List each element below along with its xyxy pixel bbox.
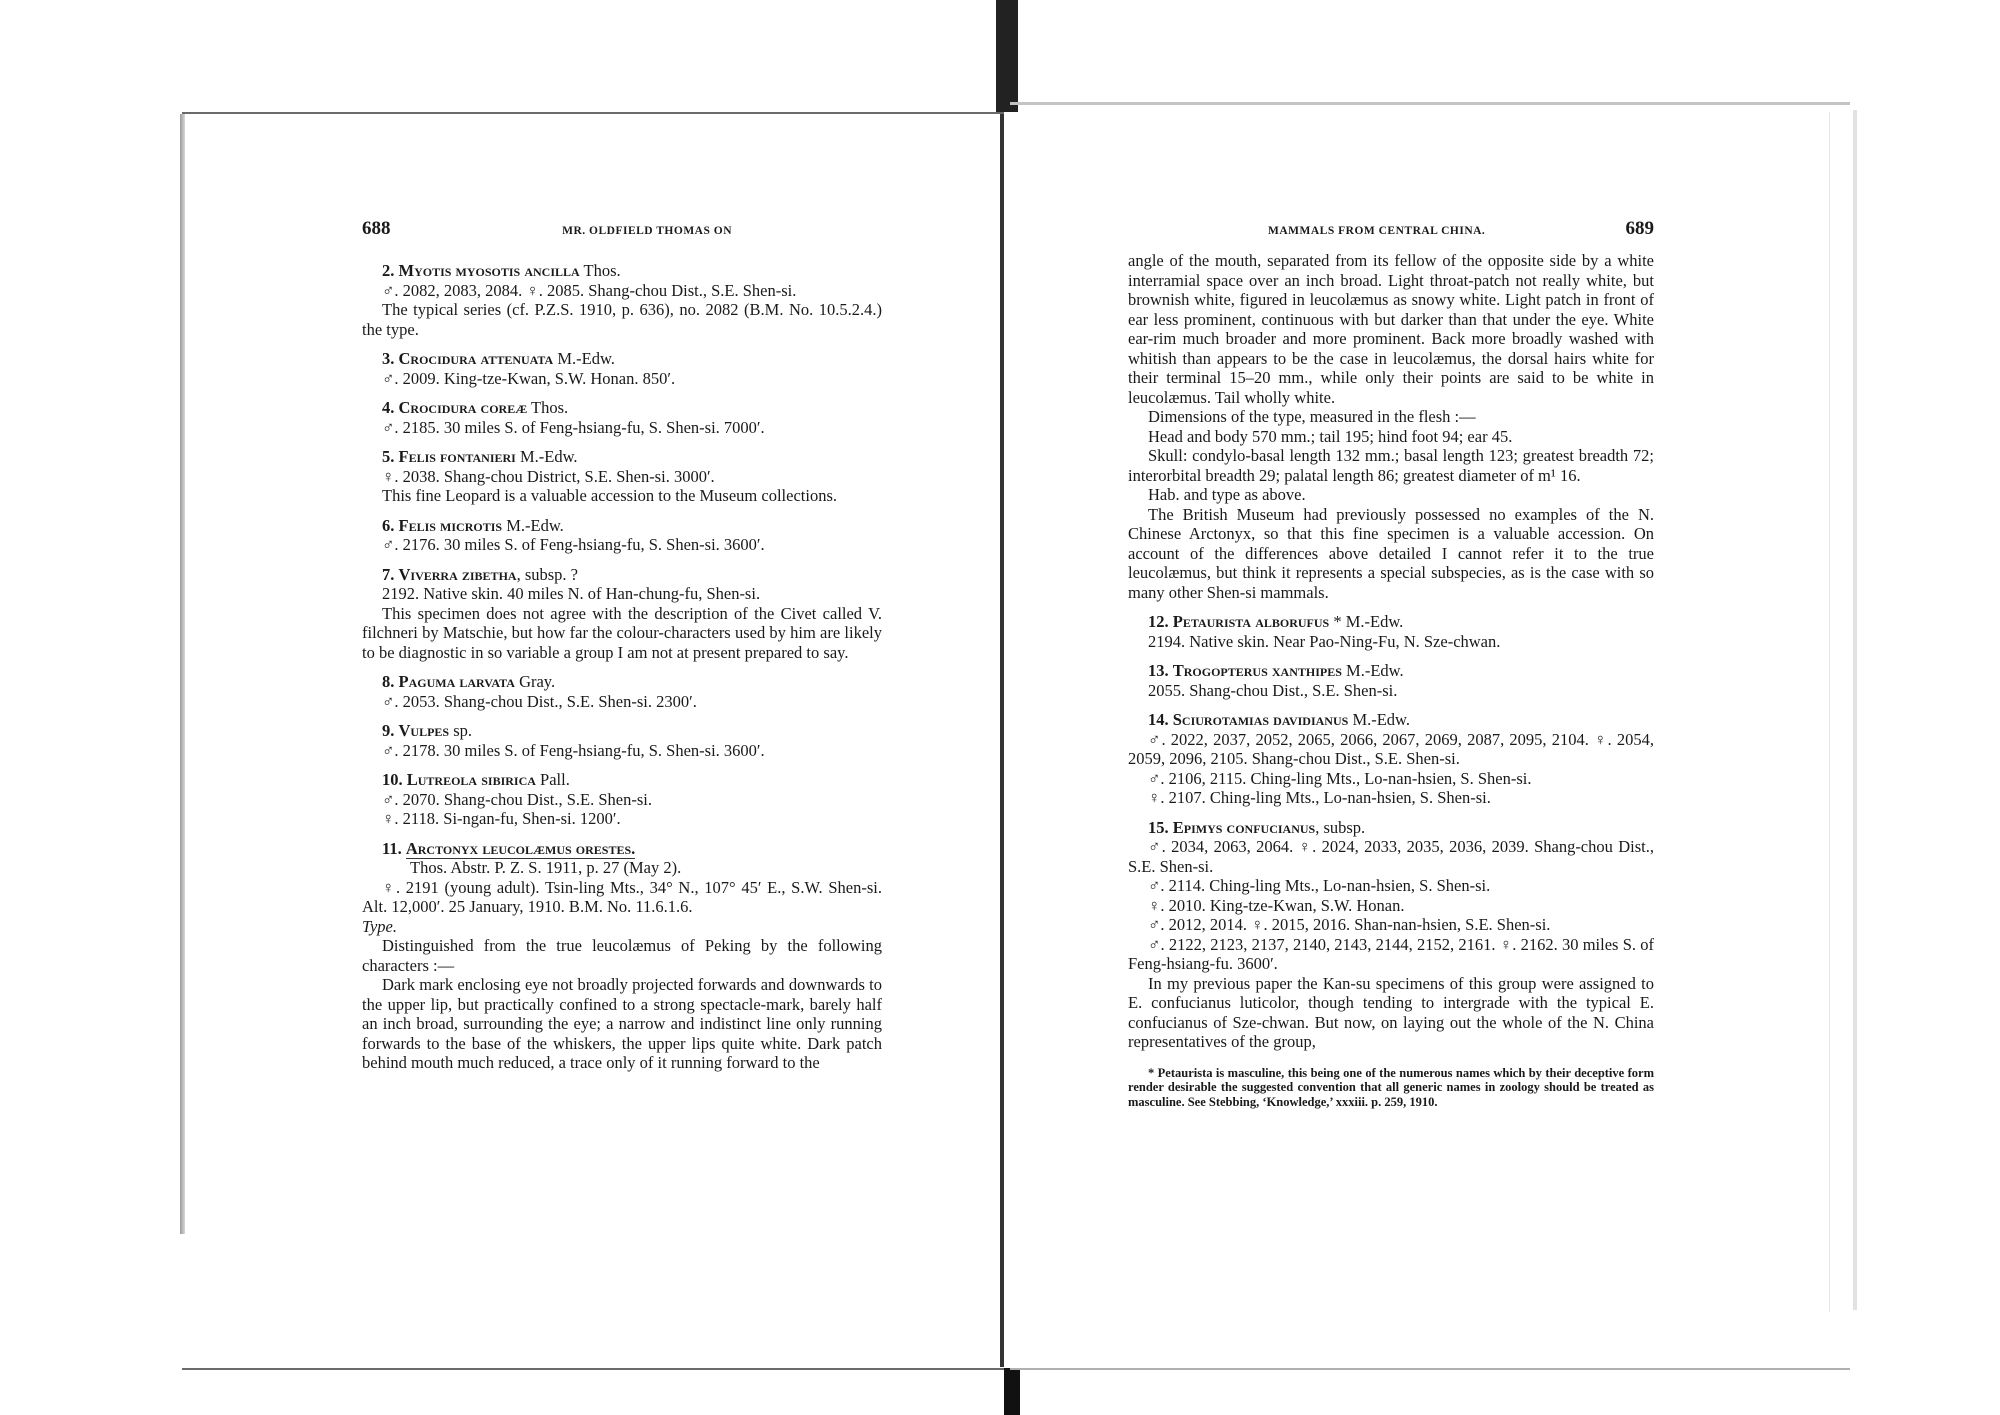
- citation: Thos. Abstr. P. Z. S. 1911, p. 27 (May 2…: [362, 858, 882, 878]
- species-number: 2.: [382, 261, 399, 280]
- species-heading: 15. Epimys confucianus, subsp.: [1128, 818, 1654, 838]
- paragraph: Head and body 570 mm.; tail 195; hind fo…: [1128, 427, 1654, 447]
- species-authority: * M.-Edw.: [1329, 612, 1403, 631]
- footnote: * Petaurista is masculine, this being on…: [1128, 1066, 1654, 1110]
- paragraph: Hab. and type as above.: [1128, 485, 1654, 505]
- species-heading: 11. Arctonyx leucolæmus orestes.: [362, 839, 882, 859]
- species-name: Crocidura attenuata: [399, 349, 554, 368]
- species-number: 3.: [382, 349, 399, 368]
- specimen-record: ♂. 2106, 2115. Ching-ling Mts., Lo-nan-h…: [1128, 769, 1654, 789]
- page-number: 689: [1626, 219, 1655, 239]
- book-gutter: [1000, 112, 1004, 1367]
- type-label: Type.: [362, 917, 882, 937]
- page-body: angle of the mouth, separated from its f…: [1128, 251, 1654, 1052]
- book-spine-shadow-bottom: [1004, 1368, 1020, 1415]
- page-edge: [182, 112, 1004, 114]
- specimen-record: ♀. 2118. Si-ngan-fu, Shen-si. 1200′.: [362, 809, 882, 829]
- species-heading: 2. Myotis myosotis ancilla Thos.: [362, 261, 882, 281]
- species-name: Myotis myosotis ancilla: [399, 261, 580, 280]
- species-name: Felis microtis: [399, 516, 503, 535]
- species-name: Crocidura coreæ: [399, 398, 528, 417]
- species-name: Paguma larvata: [399, 672, 515, 691]
- specimen-record: ♂. 2082, 2083, 2084. ♀. 2085. Shang-chou…: [362, 281, 882, 301]
- specimen-record: ♂. 2012, 2014. ♀. 2015, 2016. Shan-nan-h…: [1128, 915, 1654, 935]
- running-head: MAMMALS FROM CENTRAL CHINA. 689: [1128, 219, 1654, 251]
- species-authority: Pall.: [536, 770, 570, 789]
- left-page: 688 MR. OLDFIELD THOMAS ON 2. Myotis myo…: [362, 219, 882, 1073]
- species-number: 13.: [1148, 661, 1173, 680]
- species-heading: 4. Crocidura coreæ Thos.: [362, 398, 882, 418]
- paragraph: Distinguished from the true leucolæmus o…: [362, 936, 882, 975]
- page-edge: [182, 1368, 1004, 1370]
- species-number: 15.: [1148, 818, 1173, 837]
- paragraph: The British Museum had previously posses…: [1128, 505, 1654, 603]
- specimen-record: ♂. 2114. Ching-ling Mts., Lo-nan-hsien, …: [1128, 876, 1654, 896]
- species-number: 7.: [382, 565, 399, 584]
- species-name: Lutreola sibirica: [407, 770, 536, 789]
- species-authority: M.-Edw.: [1342, 661, 1404, 680]
- species-number: 14.: [1148, 710, 1173, 729]
- page-edge: [1010, 1368, 1850, 1370]
- specimen-record: ♀. 2010. King-tze-Kwan, S.W. Honan.: [1128, 896, 1654, 916]
- species-number: 12.: [1148, 612, 1173, 631]
- page-number: 688: [362, 219, 391, 239]
- species-number: 11.: [382, 839, 406, 858]
- species-number: 6.: [382, 516, 399, 535]
- specimen-record: ♂. 2009. King-tze-Kwan, S.W. Honan. 850′…: [362, 369, 882, 389]
- paragraph: Dark mark enclosing eye not broadly proj…: [362, 975, 882, 1073]
- species-name: Trogopterus xanthipes: [1173, 661, 1342, 680]
- footnote-text: * Petaurista is masculine, this being on…: [1128, 1066, 1654, 1110]
- page-edge: [180, 114, 185, 1234]
- specimen-record: ♂. 2178. 30 miles S. of Feng-hsiang-fu, …: [362, 741, 882, 761]
- running-head-title: MAMMALS FROM CENTRAL CHINA.: [1268, 222, 1485, 242]
- specimen-record: ♀. 2191 (young adult). Tsin-ling Mts., 3…: [362, 878, 882, 917]
- species-name: Viverra zibetha: [399, 565, 517, 584]
- paragraph: Skull: condylo-basal length 132 mm.; bas…: [1128, 446, 1654, 485]
- right-page: MAMMALS FROM CENTRAL CHINA. 689 angle of…: [1128, 219, 1654, 1109]
- specimen-record: 2192. Native skin. 40 miles N. of Han-ch…: [362, 584, 882, 604]
- species-heading: 13. Trogopterus xanthipes M.-Edw.: [1128, 661, 1654, 681]
- species-authority: M.-Edw.: [1348, 710, 1410, 729]
- species-heading: 14. Sciurotamias davidianus M.-Edw.: [1128, 710, 1654, 730]
- species-number: 10.: [382, 770, 407, 789]
- paragraph: angle of the mouth, separated from its f…: [1128, 251, 1654, 407]
- species-authority: Thos.: [527, 398, 568, 417]
- species-heading: 10. Lutreola sibirica Pall.: [362, 770, 882, 790]
- specimen-record: 2194. Native skin. Near Pao-Ning-Fu, N. …: [1128, 632, 1654, 652]
- species-number: 4.: [382, 398, 399, 417]
- species-name: Petaurista alborufus: [1173, 612, 1329, 631]
- specimen-record: ♀. 2038. Shang-chou District, S.E. Shen-…: [362, 467, 882, 487]
- species-authority: , subsp.: [1315, 818, 1365, 837]
- species-name: Arctonyx leucolæmus orestes.: [406, 839, 635, 859]
- page-edge: [1829, 112, 1830, 1312]
- species-name: Felis fontanieri: [399, 447, 516, 466]
- page-body: 2. Myotis myosotis ancilla Thos.♂. 2082,…: [362, 261, 882, 1073]
- specimen-record: ♂. 2185. 30 miles S. of Feng-hsiang-fu, …: [362, 418, 882, 438]
- species-authority: Thos.: [580, 261, 621, 280]
- specimen-record: ♂. 2022, 2037, 2052, 2065, 2066, 2067, 2…: [1128, 730, 1654, 769]
- paragraph: The typical series (cf. P.Z.S. 1910, p. …: [362, 300, 882, 339]
- paragraph: In my previous paper the Kan-su specimen…: [1128, 974, 1654, 1052]
- species-number: 5.: [382, 447, 399, 466]
- specimen-record: ♂. 2034, 2063, 2064. ♀. 2024, 2033, 2035…: [1128, 837, 1654, 876]
- species-heading: 5. Felis fontanieri M.-Edw.: [362, 447, 882, 467]
- species-authority: sp.: [449, 721, 472, 740]
- page-edge: [1853, 110, 1857, 1310]
- species-authority: , subsp. ?: [517, 565, 578, 584]
- species-heading: 7. Viverra zibetha, subsp. ?: [362, 565, 882, 585]
- species-name: Sciurotamias davidianus: [1173, 710, 1349, 729]
- specimen-record: 2055. Shang-chou Dist., S.E. Shen-si.: [1128, 681, 1654, 701]
- book-spine-shadow: [996, 0, 1018, 112]
- running-head: 688 MR. OLDFIELD THOMAS ON: [362, 219, 882, 251]
- species-number: 8.: [382, 672, 399, 691]
- species-number: 9.: [382, 721, 399, 740]
- species-name: Vulpes: [399, 721, 450, 740]
- specimen-record: ♀. 2107. Ching-ling Mts., Lo-nan-hsien, …: [1128, 788, 1654, 808]
- species-heading: 3. Crocidura attenuata M.-Edw.: [362, 349, 882, 369]
- page-edge: [1010, 102, 1850, 105]
- species-authority: M.-Edw.: [516, 447, 578, 466]
- species-authority: M.-Edw.: [553, 349, 615, 368]
- running-head-title: MR. OLDFIELD THOMAS ON: [562, 222, 732, 242]
- species-authority: M.-Edw.: [502, 516, 564, 535]
- paragraph: This fine Leopard is a valuable accessio…: [362, 486, 882, 506]
- species-heading: 12. Petaurista alborufus * M.-Edw.: [1128, 612, 1654, 632]
- paragraph: Dimensions of the type, measured in the …: [1128, 407, 1654, 427]
- species-name: Epimys confucianus: [1173, 818, 1315, 837]
- species-authority: Gray.: [515, 672, 555, 691]
- species-heading: 9. Vulpes sp.: [362, 721, 882, 741]
- paragraph: This specimen does not agree with the de…: [362, 604, 882, 663]
- species-heading: 8. Paguma larvata Gray.: [362, 672, 882, 692]
- specimen-record: ♂. 2053. Shang-chou Dist., S.E. Shen-si.…: [362, 692, 882, 712]
- specimen-record: ♂. 2070. Shang-chou Dist., S.E. Shen-si.: [362, 790, 882, 810]
- specimen-record: ♂. 2122, 2123, 2137, 2140, 2143, 2144, 2…: [1128, 935, 1654, 974]
- specimen-record: ♂. 2176. 30 miles S. of Feng-hsiang-fu, …: [362, 535, 882, 555]
- species-heading: 6. Felis microtis M.-Edw.: [362, 516, 882, 536]
